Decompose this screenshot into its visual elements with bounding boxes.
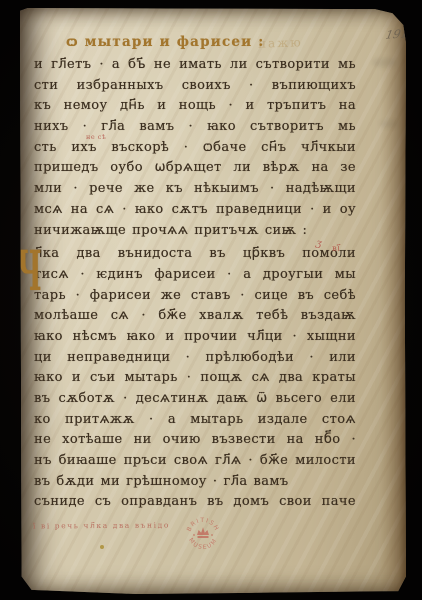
text-line: ничижаѭще прочѧѧ притъчѫ сиѭ : (34, 221, 356, 242)
text-line: и гл҃етъ · а бъ҃ не имать ли сътворити м… (34, 55, 356, 76)
text-line: ꙗко нѣсмъ ꙗко и прочии чл҃ци · хыщни (34, 327, 356, 348)
bottom-rubric-note: ї ві речь чл҃ка два вънідо (33, 521, 170, 531)
text-line: съниде съ оправданъ въ домъ свои паче (34, 492, 356, 513)
faded-heading-tail: нажю (258, 35, 303, 51)
text-line: сти избранныхъ своихъ · въпиющихъ (34, 76, 356, 97)
folio-number: 191 (385, 26, 410, 41)
crown-icon (197, 527, 209, 538)
text-line: нъ биꙗаше пръси своѧ гл҃ѧ · бж҃е милости (34, 451, 356, 472)
photo-backdrop: ѻ мытари и фарисеи : нажю 191 и гл҃етъ ·… (0, 0, 422, 600)
text-line: сть ихъ въскорѣ · ѻбаче сн҃ъ чл҃чкыи (34, 138, 356, 159)
text-line: пришедъ оубо ѡбрѧщет ли вѣрѫ на зе (34, 158, 356, 179)
manuscript-page: ѻ мытари и фарисеи : нажю 191 и гл҃етъ ·… (20, 8, 406, 594)
illuminated-initial: Ч (17, 245, 42, 300)
margin-smudge (380, 120, 398, 128)
svg-text:MUSEUM: MUSEUM (187, 537, 219, 551)
text-line: л҃ка два вънидоста въ цр҃квъ помоли (34, 244, 356, 265)
gold-ink-dot (100, 545, 104, 549)
text-line: ци неправедници · прѣлюбодѣи · или (34, 348, 356, 369)
zachalo-number-mark: ві҃ (332, 244, 340, 254)
text-line: ко притѧжѫ · а мытарь издале стоѧ (34, 410, 356, 431)
text-line: тарь · фарисеи же ставъ · сице въ себѣ (34, 286, 356, 307)
text-line: нихъ · гл҃а вамъ · ꙗко сътворитъ мь (34, 117, 356, 138)
text-line: молѣаше сѧ · бж҃е хвалѫ тебѣ въздаѭ (34, 306, 356, 327)
text-line: ꙗко и съи мытарь · пощѫ сѧ два краты (34, 368, 356, 389)
stamp-bottom-text: MUSEUM (187, 537, 219, 551)
text-line: къ немоу дн҃ь и нощь · и тръпитъ на (34, 96, 356, 117)
text-line: въ бѫди ми грѣшномоу · гл҃а вамъ (34, 472, 356, 493)
interlinear-red-note: не сѣ (86, 133, 106, 141)
text-line: не хотѣаше ни очию възвести на нб҃о · (34, 430, 356, 451)
text-line: въ сѫботѫ · десѧтинѫ даѭ ѿ вьсего ели (34, 389, 356, 410)
margin-smudge (372, 58, 396, 67)
text-line: мли · рече же къ нѣкыимъ · надѣѭщи (34, 179, 356, 200)
british-museum-stamp: BRITISH MUSEUM (184, 515, 222, 553)
text-block: и гл҃етъ · а бъ҃ не имать ли сътворити м… (34, 55, 356, 513)
text-line: мсѧ на сѧ · ꙗко сѫтъ праведници · и оу (34, 200, 356, 221)
text-line: тисѧ · ѥдинъ фарисеи · а дроугыи мы (34, 265, 356, 286)
